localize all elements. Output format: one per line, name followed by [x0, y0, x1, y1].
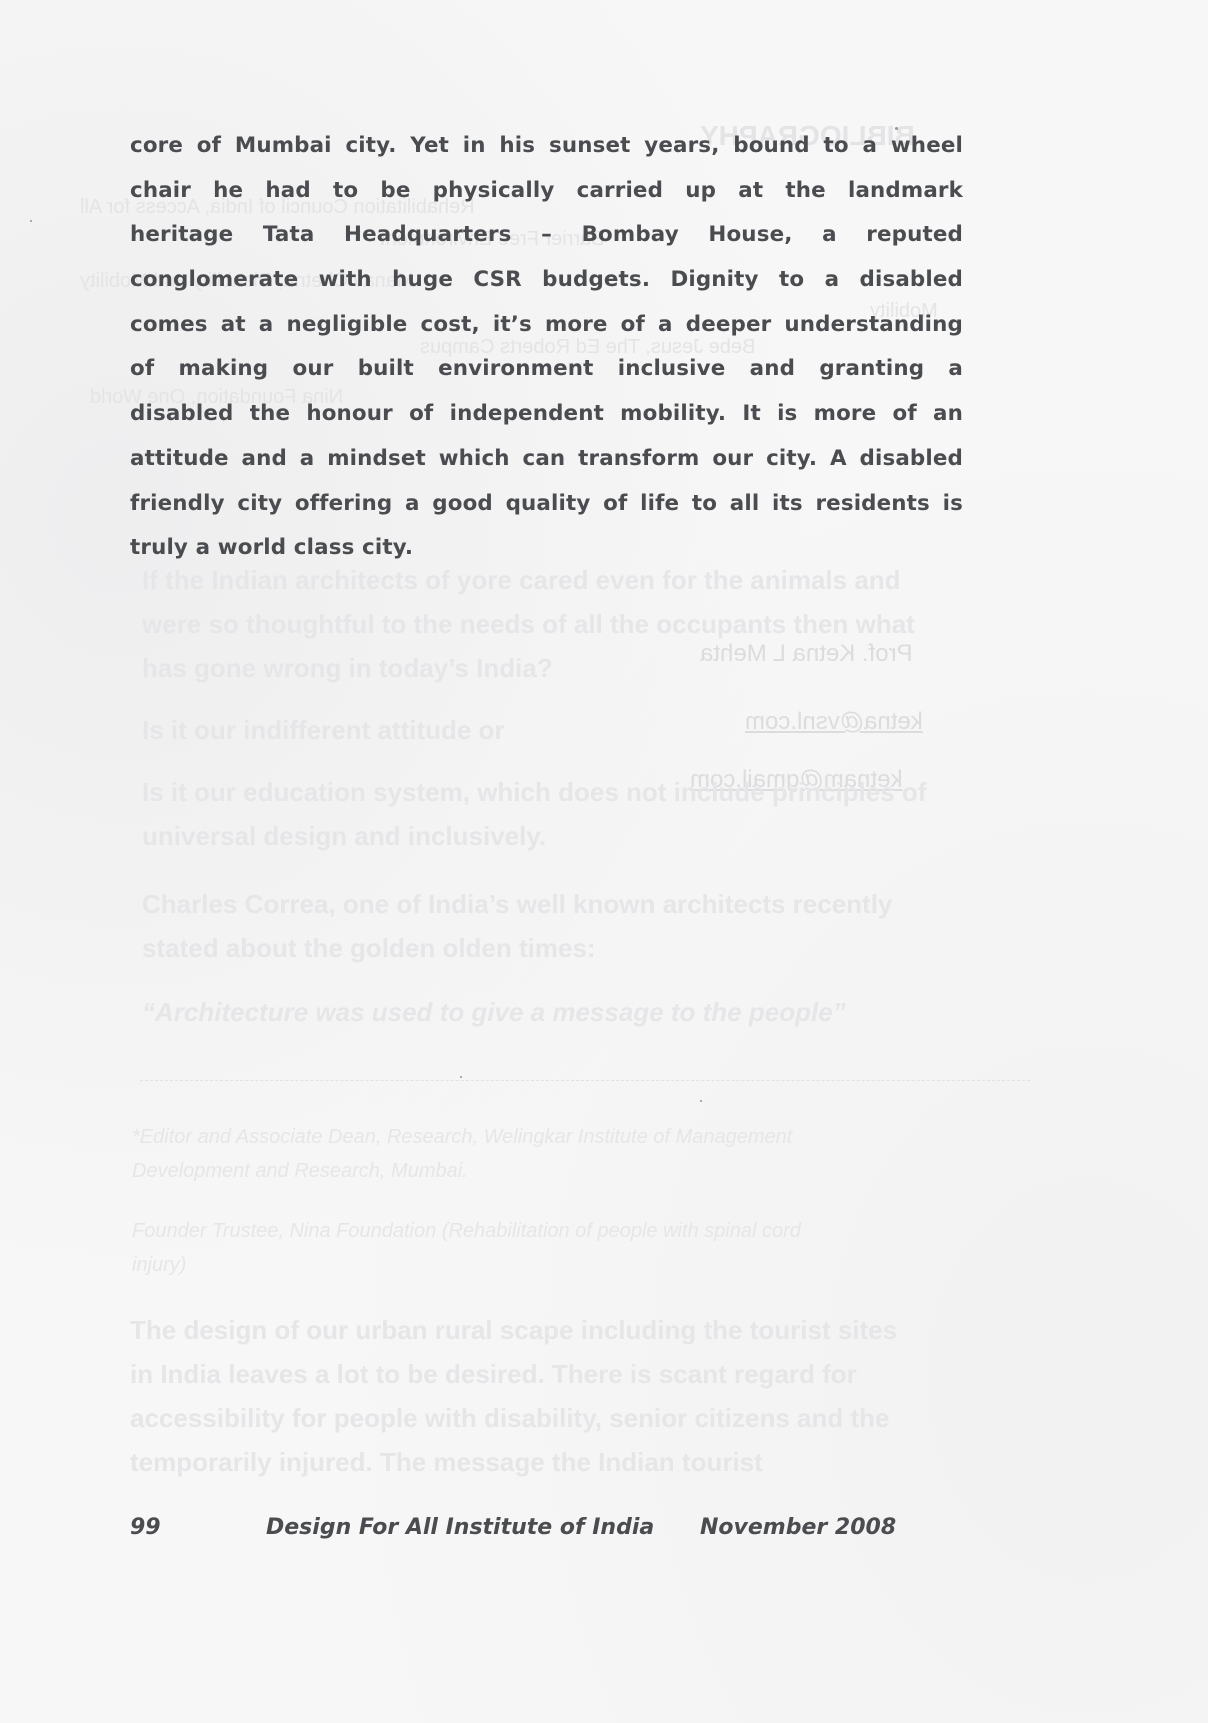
show-through-author: Prof. Ketna L Mehta — [700, 640, 913, 668]
publisher-name: Design For All Institute of India — [266, 1512, 654, 1544]
body-line: comes at a negligible cost, it’s more of… — [130, 303, 963, 348]
scan-speck — [30, 220, 32, 222]
footnote-divider — [140, 1080, 1030, 1081]
faded-line: The design of our urban rural scape incl… — [130, 1308, 1030, 1352]
faded-line: Is it our education system, which does n… — [142, 770, 1042, 814]
show-through-email: ketna@vsnl.com — [745, 708, 923, 736]
faded-quote: “Architecture was used to give a message… — [142, 990, 1042, 1034]
page-footer: 99 Design For All Institute of India Nov… — [130, 1512, 980, 1544]
scan-speck — [460, 1076, 462, 1078]
body-line: disabled the honour of independent mobil… — [130, 392, 963, 437]
body-line: heritage Tata Headquarters – Bombay Hous… — [130, 213, 963, 258]
show-through-email: ketnam@gmail.com — [690, 766, 902, 794]
faded-paragraph: The design of our urban rural scape incl… — [130, 1308, 1030, 1484]
faded-line: Charles Correa, one of India’s well know… — [142, 882, 1042, 926]
faded-paragraph: Is it our education system, which does n… — [142, 770, 1042, 858]
faded-paragraph: If the Indian architects of yore cared e… — [142, 558, 1042, 690]
faded-line: temporarily injured. The message the Ind… — [130, 1440, 1030, 1484]
faded-line: accessibility for people with disability… — [130, 1396, 1030, 1440]
faded-line: in India leaves a lot to be desired. The… — [130, 1352, 1030, 1396]
faded-footnote: Founder Trustee, Nina Foundation (Rehabi… — [132, 1214, 1032, 1282]
faded-line: Development and Research, Mumbai. — [132, 1154, 1032, 1188]
faded-line: *Editor and Associate Dean, Research, We… — [132, 1120, 1032, 1154]
body-line: core of Mumbai city. Yet in his sunset y… — [130, 124, 963, 169]
body-line: friendly city offering a good quality of… — [130, 482, 963, 527]
faded-line: stated about the golden olden times: — [142, 926, 1042, 970]
faded-line: injury) — [132, 1248, 1032, 1282]
faded-line: were so thoughtful to the needs of all t… — [142, 602, 1042, 646]
scanned-page: BIBLIOGRAPHY Rehabilitation Council of I… — [0, 0, 1208, 1723]
issue-date: November 2008 — [700, 1512, 896, 1544]
body-line: of making our built environment inclusiv… — [130, 347, 963, 392]
faded-paragraph: Is it our indifferent attitude or — [142, 708, 1042, 752]
faded-line: Is it our indifferent attitude or — [142, 708, 1042, 752]
body-line: conglomerate with huge CSR budgets. Dign… — [130, 258, 963, 303]
body-line: chair he had to be physically carried up… — [130, 169, 963, 214]
faded-footnote: *Editor and Associate Dean, Research, We… — [132, 1120, 1032, 1188]
body-line: truly a world class city. — [130, 526, 963, 571]
faded-paragraph: Charles Correa, one of India’s well know… — [142, 882, 1042, 970]
body-paragraph: core of Mumbai city. Yet in his sunset y… — [130, 124, 963, 571]
scan-speck — [700, 1100, 702, 1102]
faded-line: “Architecture was used to give a message… — [142, 990, 1042, 1034]
faded-line: universal design and inclusively. — [142, 814, 1042, 858]
faded-line: Founder Trustee, Nina Foundation (Rehabi… — [132, 1214, 1032, 1248]
faded-line: has gone wrong in today’s India? — [142, 646, 1042, 690]
page-number: 99 — [130, 1512, 161, 1544]
body-line: attitude and a mindset which can transfo… — [130, 437, 963, 482]
